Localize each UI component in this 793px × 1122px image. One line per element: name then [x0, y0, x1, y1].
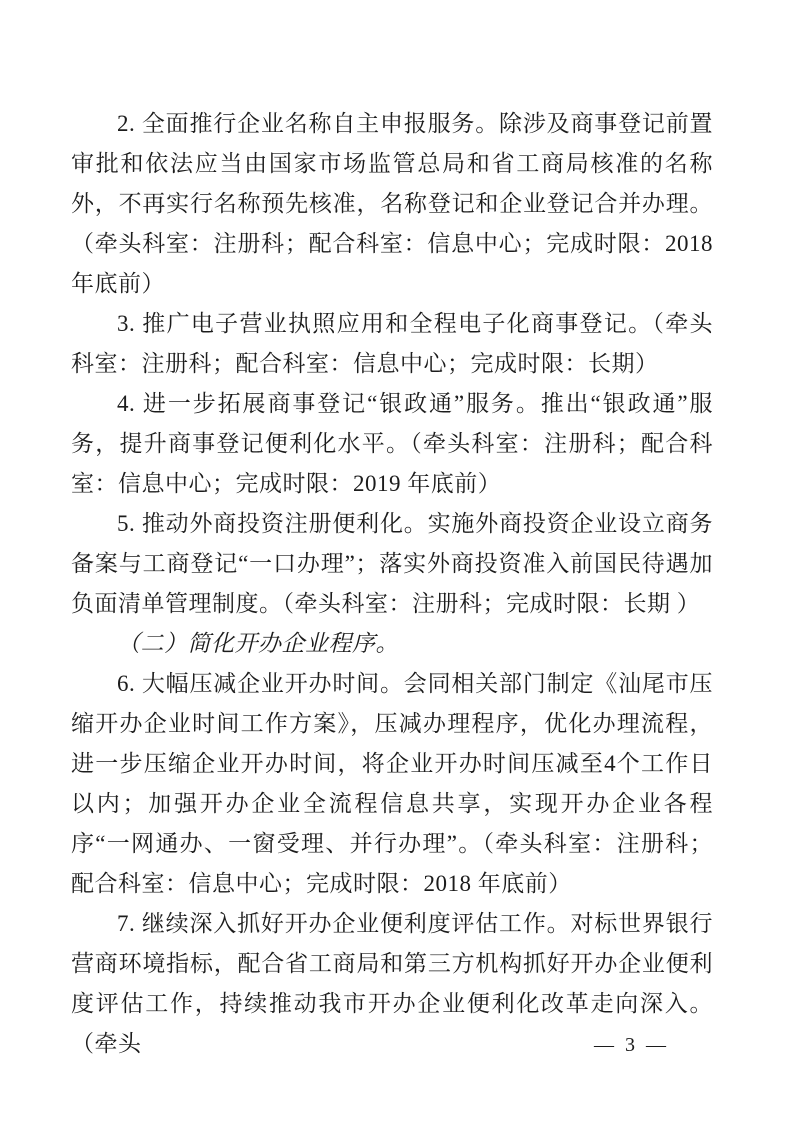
paragraph-item-6: 6. 大幅压减企业开办时间。会同相关部门制定《汕尾市压缩开办企业时间工作方案》，…	[71, 664, 713, 904]
paragraph-item-5: 5. 推动外商投资注册便利化。实施外商投资企业设立商务备案与工商登记“一口办理”…	[71, 504, 713, 624]
page-number: — 3 —	[594, 1034, 669, 1057]
paragraph-item-3: 3. 推广电子营业执照应用和全程电子化商事登记。（牵头科室：注册科；配合科室：信…	[71, 304, 713, 384]
document-page: 2. 全面推行企业名称自主申报服务。除涉及商事登记前置审批和依法应当由国家市场监…	[0, 0, 793, 1122]
document-body: 2. 全面推行企业名称自主申报服务。除涉及商事登记前置审批和依法应当由国家市场监…	[71, 104, 713, 1064]
subsection-heading: （二）简化开办企业程序。	[71, 624, 713, 664]
paragraph-item-4: 4. 进一步拓展商事登记“银政通”服务。推出“银政通”服务，提升商事登记便利化水…	[71, 384, 713, 504]
paragraph-item-2: 2. 全面推行企业名称自主申报服务。除涉及商事登记前置审批和依法应当由国家市场监…	[71, 104, 713, 304]
